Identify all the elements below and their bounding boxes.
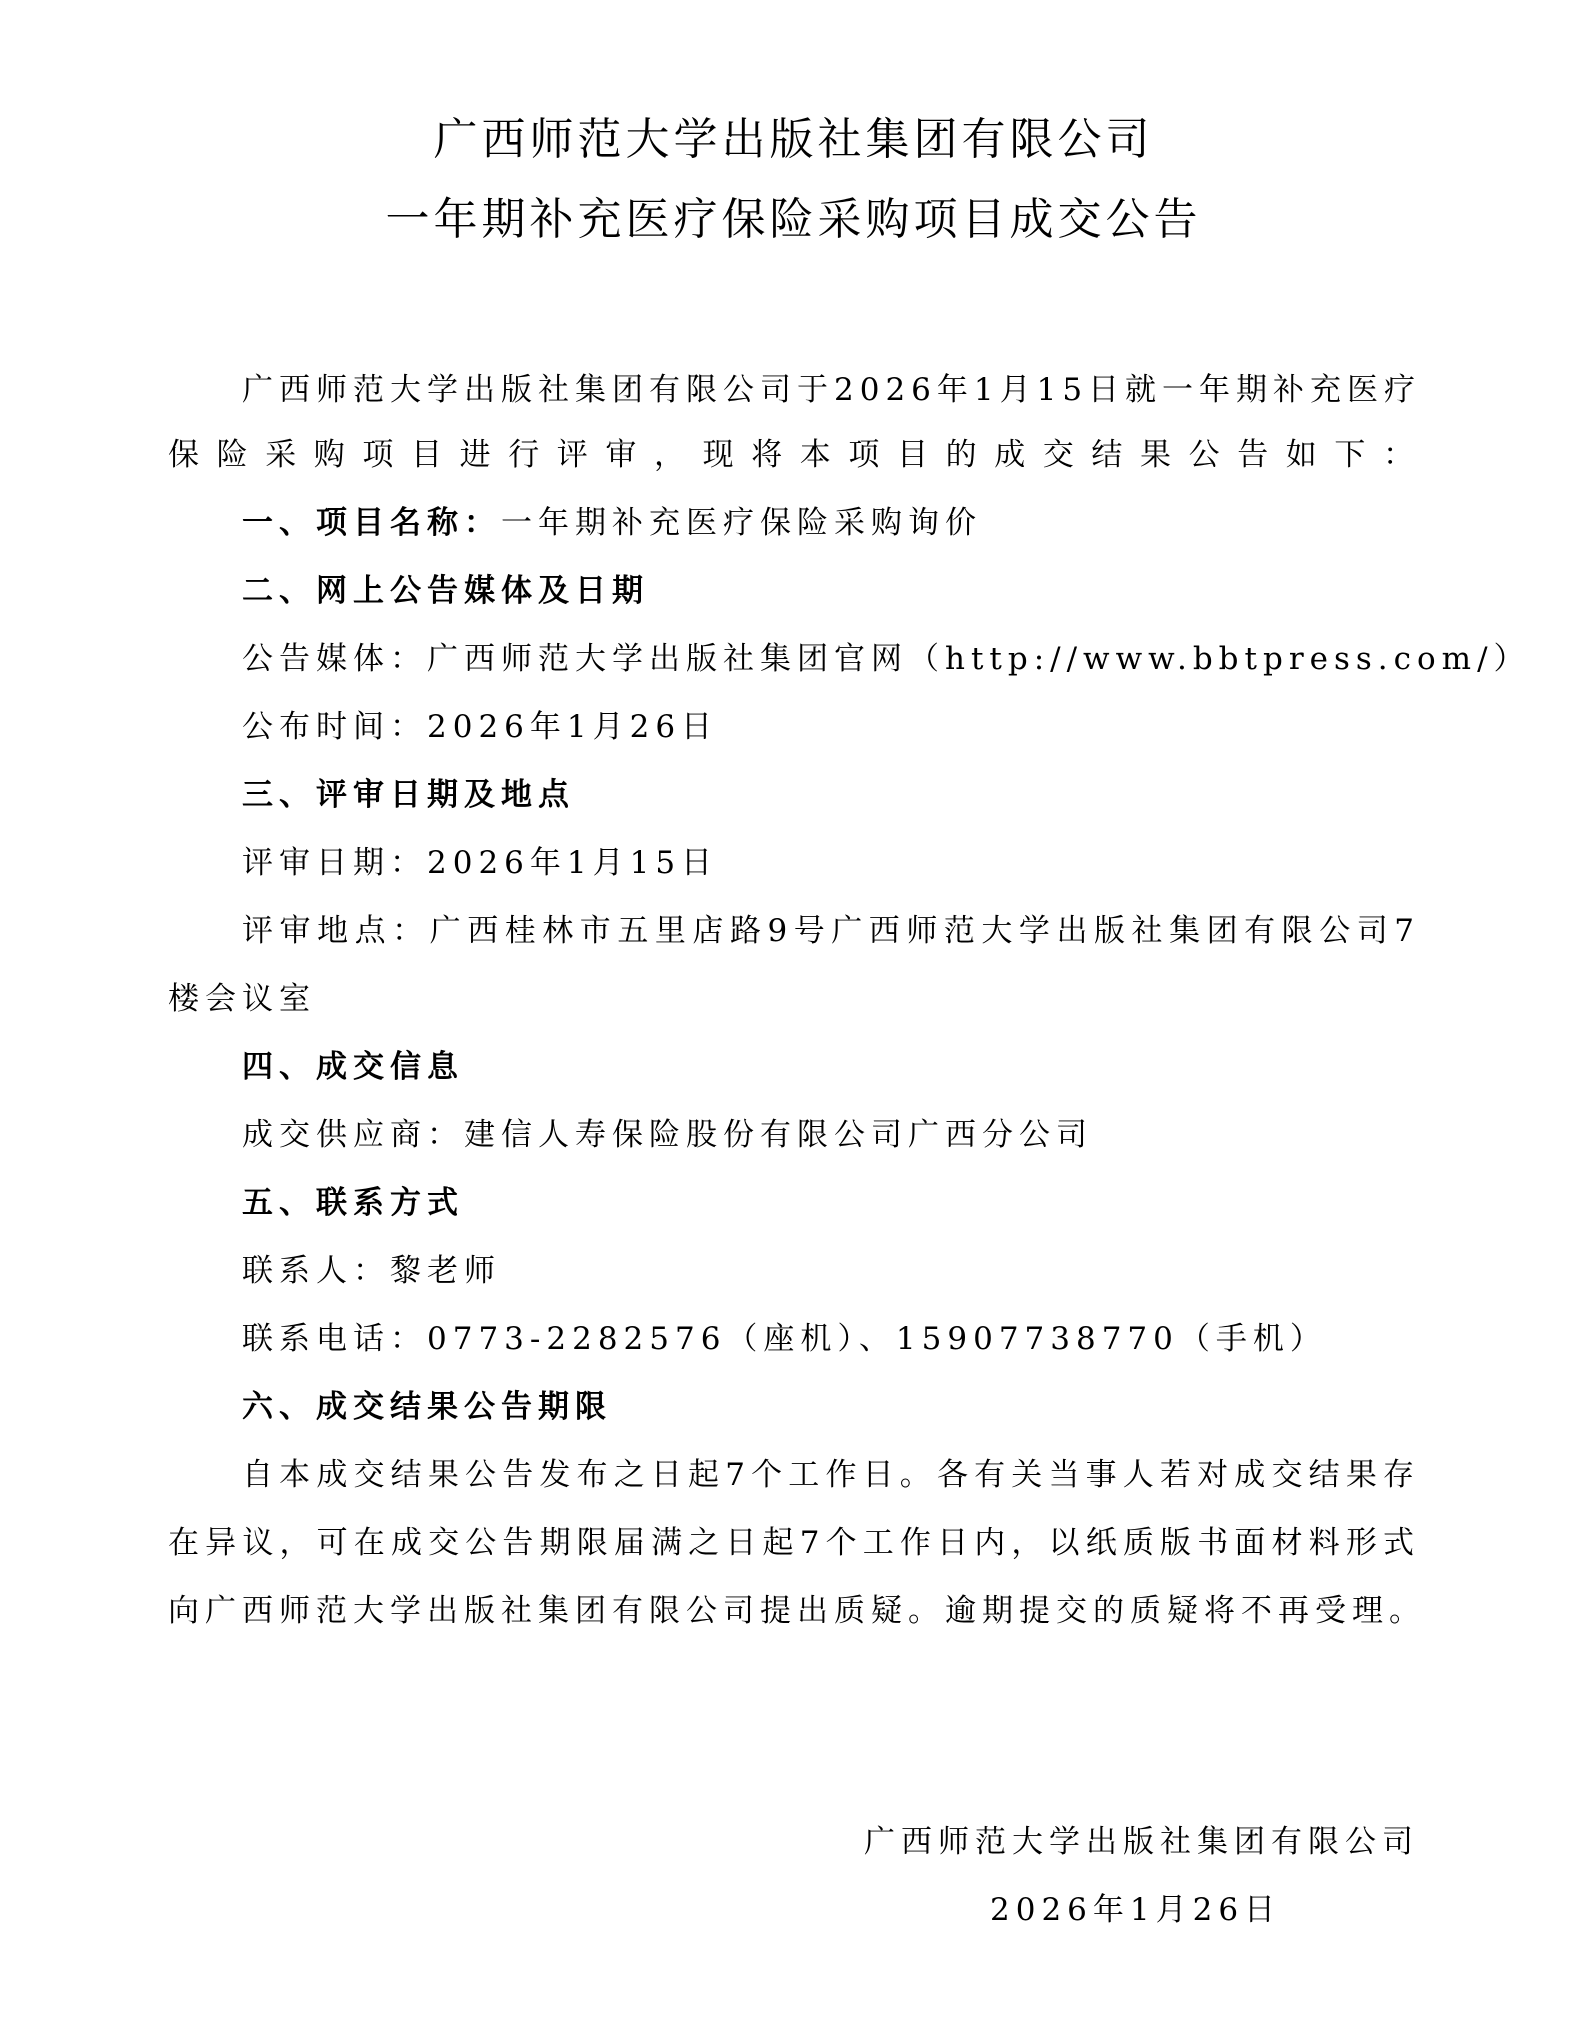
document-title-line1: 广西师范大学出版社集团有限公司 bbox=[0, 112, 1587, 168]
intro-line-1: 广西师范大学出版社集团有限公司于2026年1月15日就一年期补充医疗 bbox=[242, 370, 1420, 410]
section-heading: 二、网上公告媒体及日期 bbox=[242, 571, 649, 611]
review-location-line-1: 评审地点：广西桂林市五里店路9号广西师范大学出版社集团有限公司7 bbox=[242, 911, 1420, 951]
period-line-2: 在异议，可在成交公告期限届满之日起7个工作日内，以纸质版书面材料形式 bbox=[168, 1523, 1420, 1563]
document-title-line2: 一年期补充医疗保险采购项目成交公告 bbox=[0, 192, 1587, 248]
project-name-value: 一年期补充医疗保险采购询价 bbox=[501, 505, 982, 541]
section-heading: 一、项目名称： bbox=[242, 505, 501, 541]
section-heading: 五、联系方式 bbox=[242, 1183, 464, 1223]
announcement-media: 公告媒体：广西师范大学出版社集团官网（http://www.bbtpress.c… bbox=[242, 639, 1531, 679]
period-line-3: 向广西师范大学出版社集团有限公司提出质疑。逾期提交的质疑将不再受理。 bbox=[168, 1591, 1420, 1631]
intro-line-2: 保险采购项目进行评审，现将本项目的成交结果公告如下： bbox=[168, 435, 1420, 475]
section-heading: 四、成交信息 bbox=[242, 1047, 464, 1087]
review-location-line-2: 楼会议室 bbox=[168, 979, 316, 1019]
period-line-1: 自本成交结果公告发布之日起7个工作日。各有关当事人若对成交结果存 bbox=[242, 1455, 1420, 1495]
publish-time: 公布时间：2026年1月26日 bbox=[242, 707, 718, 747]
section-heading: 六、成交结果公告期限 bbox=[242, 1387, 612, 1427]
winning-supplier: 成交供应商：建信人寿保险股份有限公司广西分公司 bbox=[242, 1115, 1093, 1155]
signature-organization: 广西师范大学出版社集团有限公司 bbox=[864, 1822, 1419, 1862]
section-project-name: 一、项目名称：一年期补充医疗保险采购询价 bbox=[242, 503, 982, 543]
review-date: 评审日期：2026年1月15日 bbox=[242, 843, 718, 883]
section-heading: 三、评审日期及地点 bbox=[242, 775, 575, 815]
document-page: 广西师范大学出版社集团有限公司 一年期补充医疗保险采购项目成交公告 广西师范大学… bbox=[0, 0, 1587, 2040]
contact-phone: 联系电话：0773-2282576（座机）、15907738770（手机） bbox=[242, 1319, 1327, 1359]
contact-person: 联系人：黎老师 bbox=[242, 1251, 501, 1291]
signature-date: 2026年1月26日 bbox=[990, 1890, 1281, 1930]
